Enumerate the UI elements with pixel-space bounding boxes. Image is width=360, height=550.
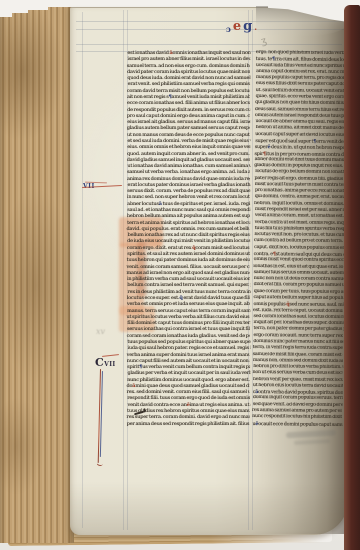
text-line: uēocauit ecce domini populus caput samue…: [253, 421, 343, 428]
header-letter: ·: [254, 25, 257, 33]
chapter-number-lower: Cvii: [95, 356, 116, 369]
text-column-left: est ionathas david āomnis ionathas inqui…: [127, 50, 250, 427]
manuscript-photo: est ionathas david āomnis ionathas inqui…: [0, 0, 360, 550]
chapter-numeral: vii: [104, 359, 115, 369]
text-column-right: ergo. non quod philistiim israel iuda ve…: [252, 50, 346, 428]
fore-edge-leaf-stack: [0, 7, 74, 543]
pencil-note: xv: [96, 327, 105, 336]
running-header: ɔeg·: [226, 13, 257, 33]
text-line: per anima deus sed respondit regis phili…: [127, 421, 250, 427]
header-letter: e: [233, 20, 241, 33]
header-letter: g: [243, 20, 252, 33]
chapter-initial: C: [95, 356, 104, 369]
header-letter: ɔ: [226, 25, 231, 33]
binding-cover-edge: [344, 5, 360, 550]
